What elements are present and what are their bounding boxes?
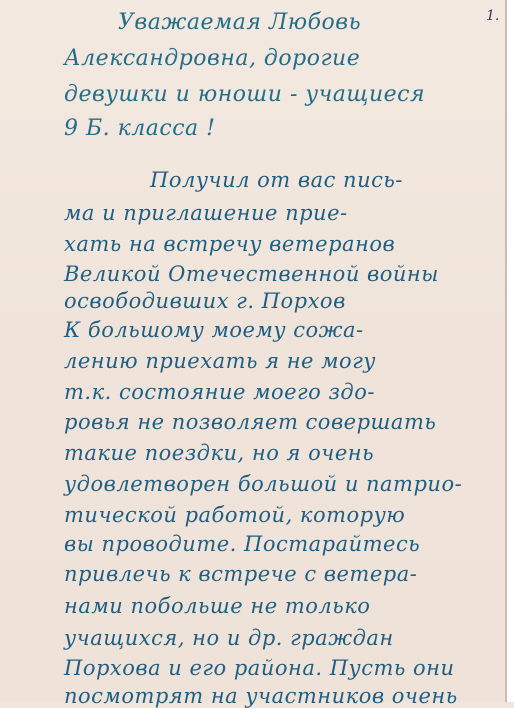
body-line-17: Порхова и его района. Пусть они — [64, 656, 454, 680]
body-line-9: ровья не позволяет совершать — [64, 410, 436, 434]
page-edge — [507, 0, 514, 702]
body-line-18: посмотрят на участников очень — [64, 684, 458, 702]
letter-page: 1. Уважаемая Любовь Александровна, дорог… — [0, 0, 507, 702]
body-line-1: Получил от вас пись- — [150, 168, 403, 192]
body-line-5: освободивших г. Порхов — [64, 289, 346, 313]
body-line-13: вы проводите. Постарайтесь — [64, 532, 420, 556]
body-line-4: Великой Отечественной войны — [64, 262, 439, 286]
body-line-16: учащихся, но и др. граждан — [64, 626, 394, 650]
body-line-7: лению приехать я не могу — [64, 349, 376, 373]
greeting-line-1: Уважаемая Любовь — [118, 10, 361, 35]
body-line-15: нами побольше не только — [64, 594, 370, 618]
body-line-8: т.к. состояние моего здо- — [64, 380, 375, 404]
body-line-12: тической работой, которую — [64, 503, 405, 527]
body-line-10: такие поездки, но я очень — [64, 441, 374, 465]
greeting-line-2: Александровна, дорогие — [64, 46, 360, 71]
body-line-6: К большому моему сожа- — [64, 318, 364, 342]
body-line-3: хать на встречу ветеранов — [64, 232, 395, 256]
body-line-11: удовлетворен большой и патрио- — [64, 472, 462, 496]
greeting-line-3: девушки и юноши - учащиеся — [64, 82, 425, 107]
page-number: 1. — [486, 8, 499, 24]
body-line-14: привлечь к встрече с ветера- — [64, 562, 417, 586]
greeting-line-4: 9 Б. класса ! — [64, 116, 216, 141]
body-line-2: ма и приглашение прие- — [64, 201, 348, 225]
